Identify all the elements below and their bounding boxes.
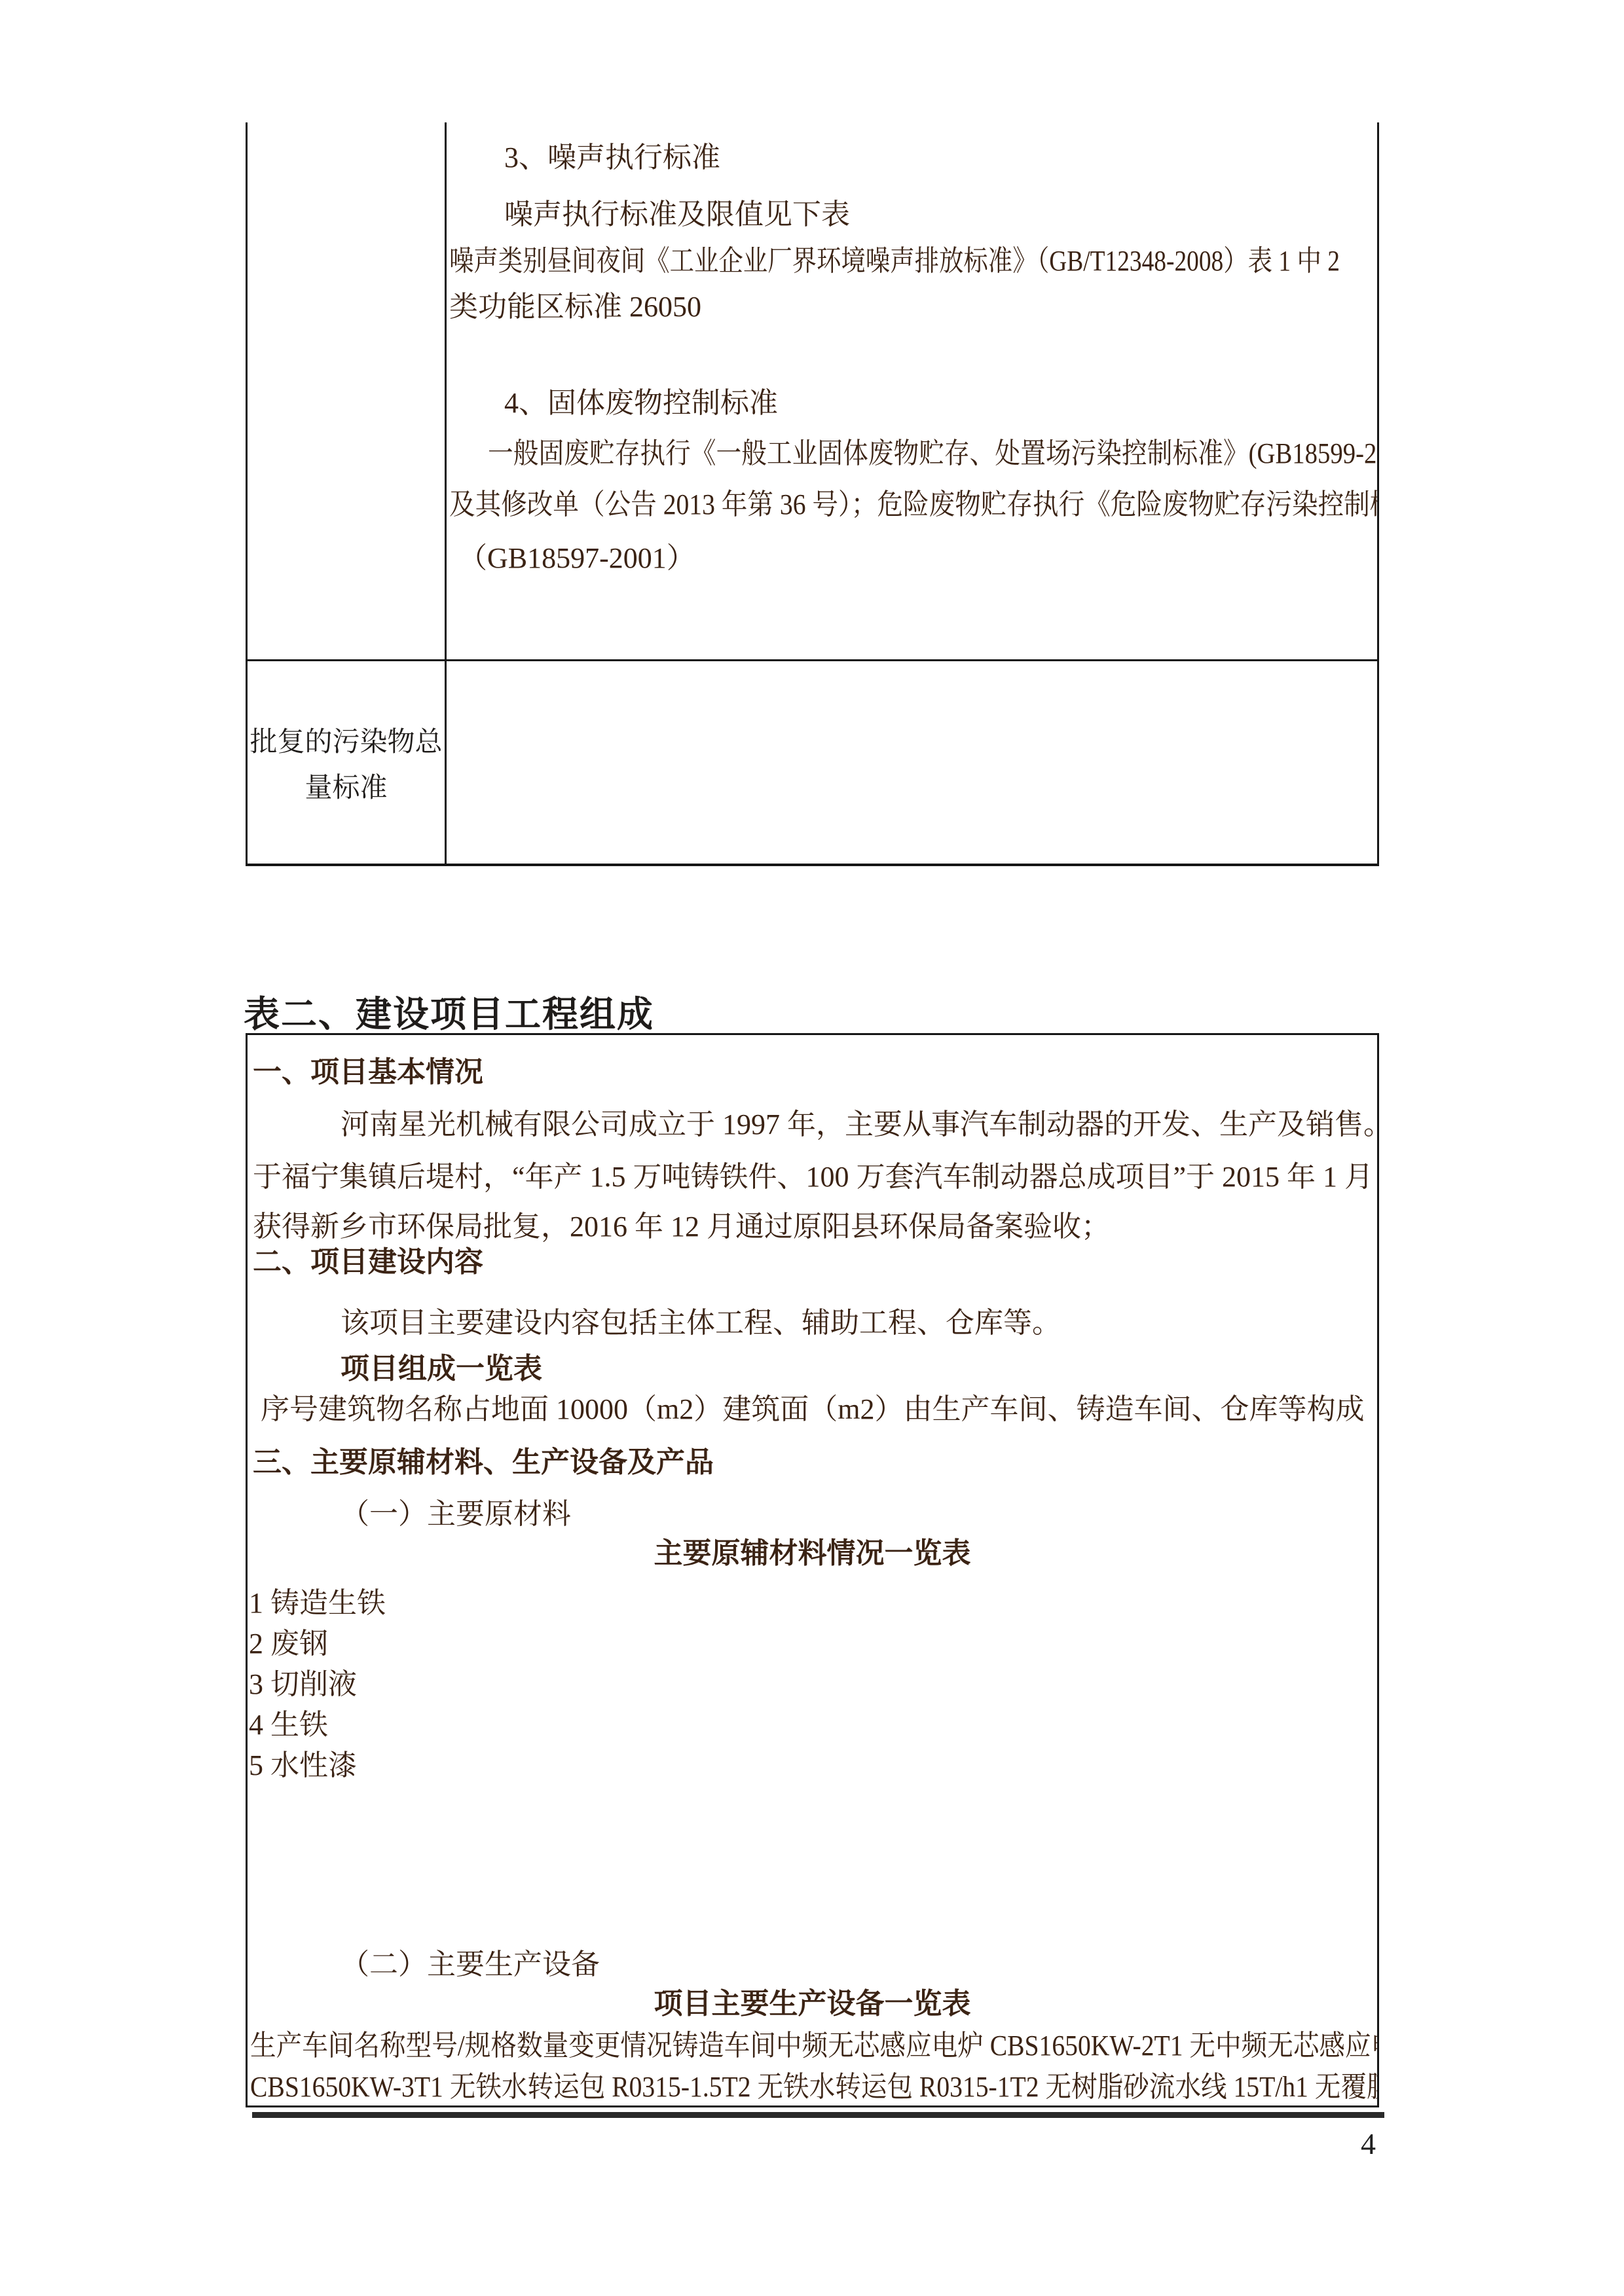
material-item-4: 4 生铁 bbox=[249, 1707, 328, 1743]
material-item-3: 3 切削液 bbox=[249, 1666, 357, 1702]
total-amount-label-line1: 批复的污染物总 bbox=[248, 725, 445, 760]
equipment-line1: 生产车间名称型号/规格数量变更情况铸造车间中频无芯感应电炉 CBS1650KW-… bbox=[250, 2028, 1379, 2064]
s2-table-summary-line: 序号建筑物名称占地面 10000（m2）建筑面（m2）由生产车间、铸造车间、仓库… bbox=[261, 1391, 1364, 1427]
page-number: 4 bbox=[1361, 2126, 1376, 2161]
s3-subsection2: （二）主要生产设备 bbox=[341, 1946, 600, 1982]
material-item-5: 5 水性漆 bbox=[249, 1747, 357, 1783]
noise-standard-line2: 类功能区标准 26050 bbox=[449, 289, 701, 325]
table1-bottom-border bbox=[246, 864, 1379, 866]
material-item-2: 2 废钢 bbox=[249, 1626, 328, 1662]
s1-paragraph-line3: 获得新乡市环保局批复，2016 年 12 月通过原阳县环保局备案验收； bbox=[253, 1209, 1110, 1245]
section-title: 表二、建设项目工程组成 bbox=[244, 985, 654, 1037]
solid-waste-line1: 一般固废贮存执行《一般工业固体废物贮存、处置场污染控制标准》(GB18599-2… bbox=[488, 435, 1377, 471]
s2-table-title: 项目组成一览表 bbox=[341, 1351, 542, 1387]
project-table: 一、项目基本情况 河南星光机械有限公司成立于 1997 年，主要从事汽车制动器的… bbox=[246, 1033, 1379, 2107]
noise-standard-heading: 3、噪声执行标准 bbox=[504, 139, 720, 175]
total-amount-label-line2: 量标准 bbox=[248, 771, 445, 806]
solid-waste-line3: （GB18597-2001） bbox=[458, 540, 695, 576]
material-item-1: 1 铸造生铁 bbox=[249, 1585, 386, 1621]
noise-standard-line1: 噪声类别昼间夜间《工业企业厂界环境噪声排放标准》（GB/T12348-2008）… bbox=[449, 243, 1340, 279]
document-page: 3、噪声执行标准 噪声执行标准及限值见下表 噪声类别昼间夜间《工业企业厂界环境噪… bbox=[0, 0, 1624, 2296]
standards-content-cell: 3、噪声执行标准 噪声执行标准及限值见下表 噪声类别昼间夜间《工业企业厂界环境噪… bbox=[447, 122, 1377, 659]
s1-paragraph-line2: 于福宁集镇后堤村，“年产 1.5 万吨铸铁件、100 万套汽车制动器总成项目”于… bbox=[253, 1159, 1373, 1195]
noise-standard-subheading: 噪声执行标准及限值见下表 bbox=[504, 196, 850, 232]
project-table-bottom-shadow bbox=[252, 2112, 1384, 2118]
s1-heading: 一、项目基本情况 bbox=[253, 1054, 483, 1090]
materials-table-title: 主要原辅材料情况一览表 bbox=[248, 1535, 1377, 1571]
s3-subsection1: （一）主要原材料 bbox=[341, 1496, 571, 1532]
equipment-table-title: 项目主要生产设备一览表 bbox=[248, 1986, 1377, 2022]
s2-heading: 二、项目建设内容 bbox=[253, 1244, 483, 1280]
solid-waste-line2: 及其修改单（公告 2013 年第 36 号）；危险废物贮存执行《危险废物贮存污染… bbox=[449, 486, 1377, 522]
s1-paragraph-line1: 河南星光机械有限公司成立于 1997 年，主要从事汽车制动器的开发、生产及销售。… bbox=[341, 1106, 1379, 1142]
total-amount-label-cell: 批复的污染物总 量标准 bbox=[248, 661, 445, 864]
s2-paragraph: 该项目主要建设内容包括主体工程、辅助工程、仓库等。 bbox=[341, 1305, 1061, 1341]
table1-right-border bbox=[1377, 122, 1379, 866]
equipment-line2: CBS1650KW-3T1 无铁水转运包 R0315-1.5T2 无铁水转运包 … bbox=[250, 2069, 1379, 2105]
solid-waste-heading: 4、固体废物控制标准 bbox=[504, 385, 778, 421]
s3-heading: 三、主要原辅材料、生产设备及产品 bbox=[253, 1444, 714, 1480]
